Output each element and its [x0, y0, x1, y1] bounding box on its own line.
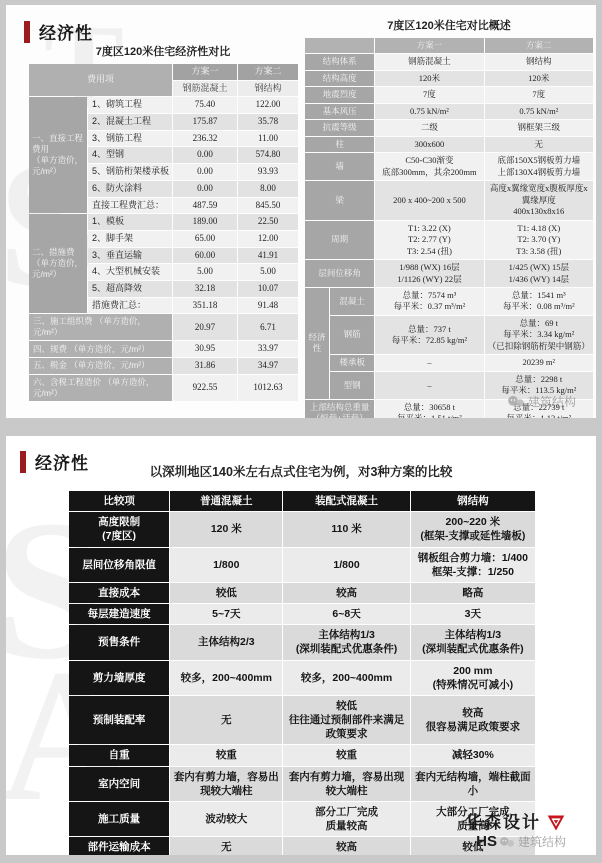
- slide-panel-top: T S 经济性 7度区120米住宅经济性对比 费用项 方案一 方案二 钢筋混凝土…: [6, 5, 596, 418]
- table-row: 梁200 x 400~200 x 500高度x翼缘宽度x腹板厚度x翼缘厚度 40…: [305, 181, 593, 219]
- cell-value: 351.18: [173, 298, 237, 314]
- cell-header: 费用项: [29, 64, 172, 96]
- cell-label: 层间位移角: [305, 260, 374, 287]
- cell-value: 7度: [375, 87, 483, 102]
- cell-value: 略高: [411, 583, 535, 603]
- cell-label: 墙: [305, 153, 374, 180]
- cell-value: 236.32: [173, 131, 237, 147]
- cell-label: 梁: [305, 181, 374, 219]
- slide-subtitle: 以深圳地区140米左右点式住宅为例，对3种方案的比较: [6, 462, 596, 480]
- brand-abbreviation: HS: [476, 833, 497, 851]
- table-row: 每层建造速度5~7天6~8天3天: [69, 604, 535, 624]
- cell-value: 较低 往往通过预制部件来满足 政策要求: [283, 696, 409, 745]
- cell-value: 0.75 kN/m²: [375, 104, 483, 119]
- cell-value: 5.00: [173, 264, 237, 280]
- cell-value: 1/425 (WX) 15层 1/436 (WY) 14层: [485, 260, 593, 287]
- cell-value: 总量：30658 t 每平米：1.51 t/m²: [375, 400, 483, 418]
- cell-value: 部分工厂完成 质量较高: [283, 802, 409, 836]
- cell-value: 较重: [283, 745, 409, 765]
- cell-value: 487.59: [173, 198, 237, 214]
- cell-label: 预制装配率: [69, 696, 169, 745]
- cell-label: 自重: [69, 745, 169, 765]
- cell-value: 较高: [283, 583, 409, 603]
- cost-comparison-table: 费用项 方案一 方案二 钢筋混凝土 钢结构 一、直接工程费用 （单方造价，元/m…: [28, 63, 299, 402]
- cell-label: 2、混凝土工程: [88, 114, 172, 130]
- watermark-text: 建筑结构: [518, 835, 566, 849]
- overview-table-title: 7度区120米住宅对比概述: [304, 17, 594, 33]
- cell-label: 高度限制 (7度区): [69, 512, 169, 546]
- table-row: 楼承板–20239 m²: [305, 355, 593, 370]
- cell-value: 较低: [170, 583, 282, 603]
- table-row: 周期T1: 3.22 (X) T2: 2.77 (Y) T3: 2.54 (扭)…: [305, 221, 593, 259]
- table-row: 钢筋总量：737 t 每平米：72.85 kg/m²总量：69 t 每平米：3.…: [305, 316, 593, 354]
- cost-table-title: 7度区120米住宅经济性对比: [28, 43, 298, 59]
- cell-label: 4、型钢: [88, 147, 172, 163]
- cell-value: 钢板组合剪力墙：1/400 框架-支撑：1/250: [411, 548, 535, 582]
- cell-summary-label: 五、税金 （单方造价，元/m²）: [29, 358, 172, 374]
- brand-name: 华森设计: [465, 813, 541, 833]
- cell-value: 0.00: [173, 181, 237, 197]
- cell-value: 110 米: [283, 512, 409, 546]
- cell-value: 922.55: [173, 375, 237, 401]
- cell-value: 22.50: [238, 214, 298, 230]
- cell-value: 175.87: [173, 114, 237, 130]
- cell-value: 20239 m²: [485, 355, 593, 370]
- cell-value: 1/800: [283, 548, 409, 582]
- cell-value: 33.97: [238, 341, 298, 357]
- cell-header: 方案二: [238, 64, 298, 80]
- cell-value: 10.07: [238, 281, 298, 297]
- cell-subheader: 钢结构: [238, 81, 298, 97]
- cell-value: 较重: [170, 745, 282, 765]
- cell-value: 套内有剪力墙，容易出现较大端柱: [170, 767, 282, 801]
- overview-table: 方案一 方案二 结构体系钢筋混凝土钢结构 结构高度120米120米 地震烈度7度…: [304, 37, 594, 418]
- cell-value: 120 米: [170, 512, 282, 546]
- cell-value: 主体结构1/3 (深圳装配式优惠条件): [411, 625, 535, 659]
- cell-value: 无: [170, 837, 282, 855]
- table-row: 层间位移角限值1/8001/800钢板组合剪力墙：1/400 框架-支撑：1/2…: [69, 548, 535, 582]
- cell-value: 1/988 (WX) 16层 1/1126 (WY) 22层: [375, 260, 483, 287]
- table-row: 基本风压0.75 kN/m²0.75 kN/m²: [305, 104, 593, 119]
- accent-bar-icon: [24, 21, 30, 43]
- cell-label: 结构高度: [305, 71, 374, 86]
- table-row: 比较项 普通混凝土 装配式混凝土 钢结构: [69, 491, 535, 511]
- cell-value: 8.00: [238, 181, 298, 197]
- brand-footer: 华森设计 HS 建筑结构: [465, 813, 566, 851]
- cell-value: 较高: [283, 837, 409, 855]
- cell-value: 无: [170, 696, 282, 745]
- cell-label: 4、大型机械安装: [88, 264, 172, 280]
- cell-label: 钢筋: [330, 316, 374, 354]
- cell-value: 总量：737 t 每平米：72.85 kg/m²: [375, 316, 483, 354]
- cell-header: 方案一: [173, 64, 237, 80]
- cell-label: 直接工程费汇总：: [88, 198, 172, 214]
- cell-label: 柱: [305, 137, 374, 152]
- cell-value: 总量：69 t 每平米：3.34 kg/m² （已扣除钢筋桁架中钢筋）: [485, 316, 593, 354]
- cell-label: 层间位移角限值: [69, 548, 169, 582]
- cell-label: 周期: [305, 221, 374, 259]
- cell-value: 300x600: [375, 137, 483, 152]
- cell-value: 高度x翼缘宽度x腹板厚度x翼缘厚度 400x130x8x16: [485, 181, 593, 219]
- cell-header: 钢结构: [411, 491, 535, 511]
- huasen-logo-icon: [546, 813, 566, 833]
- cell-value: 34.97: [238, 358, 298, 374]
- table-row: 四、规费 （单方造价，元/m²）30.9533.97: [29, 341, 298, 357]
- cell-label: 地震烈度: [305, 87, 374, 102]
- cell-label: 基本风压: [305, 104, 374, 119]
- cell-value: 41.91: [238, 248, 298, 264]
- table-row: 墙C50-C30渐变 底部300mm，其余200mm底部150X5钢板剪力墙 上…: [305, 153, 593, 180]
- cell-summary-label: 四、规费 （单方造价，元/m²）: [29, 341, 172, 357]
- slide-panel-bottom: S A 经济性 以深圳地区140米左右点式住宅为例，对3种方案的比较 比较项 普…: [6, 436, 596, 855]
- section-header: 经济性: [24, 19, 93, 44]
- cell-value: 主体结构1/3 (深圳装配式优惠条件): [283, 625, 409, 659]
- wechat-watermark: 建筑结构: [507, 393, 576, 410]
- cell-value: 60.00: [173, 248, 237, 264]
- table-row: 地震烈度7度7度: [305, 87, 593, 102]
- cell-value: 35.78: [238, 114, 298, 130]
- table-row: 结构高度120米120米: [305, 71, 593, 86]
- cell-label: 3、垂直运输: [88, 248, 172, 264]
- cell-value: 0.75 kN/m²: [485, 104, 593, 119]
- cell-group-label: 二、措施费 （单方造价，元/m²）: [29, 214, 87, 313]
- cell-group-label: 经济性: [305, 288, 329, 399]
- table-row: 三、施工组织费 （单方造价，元/m²）20.976.71: [29, 314, 298, 340]
- cell-label: 混凝土: [330, 288, 374, 315]
- cell-header: 比较项: [69, 491, 169, 511]
- table-row: 结构体系钢筋混凝土钢结构: [305, 54, 593, 69]
- table-row: 费用项 方案一 方案二: [29, 64, 298, 80]
- cell-label: 型钢: [330, 372, 374, 399]
- table-row: 预售条件主体结构2/3主体结构1/3 (深圳装配式优惠条件)主体结构1/3 (深…: [69, 625, 535, 659]
- cell-value: 200~220 米 (框架-支撑或延性墙板): [411, 512, 535, 546]
- cell-header: 方案二: [485, 38, 593, 53]
- cell-label: 预售条件: [69, 625, 169, 659]
- compare-table: 比较项 普通混凝土 装配式混凝土 钢结构 高度限制 (7度区)120 米110 …: [68, 490, 536, 855]
- cell-value: 120米: [485, 71, 593, 86]
- cell-value: 底部150X5钢板剪力墙 上部130X4钢板剪力墙: [485, 153, 593, 180]
- cell-value: 较多，200~400mm: [283, 661, 409, 695]
- cell-label: 1、砌筑工程: [88, 97, 172, 113]
- compare-table-area: 比较项 普通混凝土 装配式混凝土 钢结构 高度限制 (7度区)120 米110 …: [68, 490, 536, 855]
- cell-value: 32.18: [173, 281, 237, 297]
- section-title: 经济性: [39, 19, 93, 44]
- table-row: 直接成本较低较高略高: [69, 583, 535, 603]
- cell-value: 6~8天: [283, 604, 409, 624]
- cell-label: 抗震等级: [305, 120, 374, 135]
- table-row: 室内空间套内有剪力墙，容易出现较大端柱套内有剪力墙，容易出现较大端柱套内无结构墙…: [69, 767, 535, 801]
- table-row: 剪力墙厚度较多，200~400mm较多，200~400mm200 mm (特殊情…: [69, 661, 535, 695]
- cell-value: –: [375, 372, 483, 399]
- cell-value: 减轻30%: [411, 745, 535, 765]
- cell-value: 波动较大: [170, 802, 282, 836]
- cell-value: 5~7天: [170, 604, 282, 624]
- table-row: 高度限制 (7度区)120 米110 米200~220 米 (框架-支撑或延性墙…: [69, 512, 535, 546]
- cell-value: 31.86: [173, 358, 237, 374]
- cell-value: 20.97: [173, 314, 237, 340]
- cell-label: 室内空间: [69, 767, 169, 801]
- cell-value: 200 x 400~200 x 500: [375, 181, 483, 219]
- wechat-icon: [507, 395, 525, 408]
- cell-value: 总量：1541 m³ 每平米：0.08 m³/m²: [485, 288, 593, 315]
- cell-value: 574.80: [238, 147, 298, 163]
- table-row: 经济性 混凝土 总量：7574 m³ 每平米：0.37 m³/m² 总量：154…: [305, 288, 593, 315]
- cell-label: 直接成本: [69, 583, 169, 603]
- cell-value: 钢筋混凝土: [375, 54, 483, 69]
- cell-value: 较高 很容易满足政策要求: [411, 696, 535, 745]
- cell-value: 75.40: [173, 97, 237, 113]
- cell-value: 65.00: [173, 231, 237, 247]
- cell-summary-label: 六、含税工程造价 （单方造价，元/m²）: [29, 375, 172, 401]
- cell-value: 套内无结构墙，端柱截面小: [411, 767, 535, 801]
- cell-label: 每层建造速度: [69, 604, 169, 624]
- cell-value: 91.48: [238, 298, 298, 314]
- cell-value: T1: 4.18 (X) T2: 3.70 (Y) T3: 3.58 (扭): [485, 221, 593, 259]
- wechat-icon: [499, 836, 515, 848]
- cell-value: 二级: [375, 120, 483, 135]
- cell-header: 装配式混凝土: [283, 491, 409, 511]
- cell-value: 0.00: [173, 147, 237, 163]
- cell-label: 楼承板: [330, 355, 374, 370]
- table-row: 抗震等级二级钢框架三级: [305, 120, 593, 135]
- cell-value: 189.00: [173, 214, 237, 230]
- cell-value: 1012.63: [238, 375, 298, 401]
- cell-header: 方案一: [375, 38, 483, 53]
- cell-value: 较多，200~400mm: [170, 661, 282, 695]
- cell-value: 93.93: [238, 164, 298, 180]
- table-row: 五、税金 （单方造价，元/m²）31.8634.97: [29, 358, 298, 374]
- cell-header: 普通混凝土: [170, 491, 282, 511]
- cell-value: 钢框架三级: [485, 120, 593, 135]
- cell-label: 措施费汇总：: [88, 298, 172, 314]
- table-row: 预制装配率无较低 往往通过预制部件来满足 政策要求较高 很容易满足政策要求: [69, 696, 535, 745]
- cell-subheader: 钢筋混凝土: [173, 81, 237, 97]
- cell-label: 5、钢筋桁架楼承板: [88, 164, 172, 180]
- cell-label: 5、超高降效: [88, 281, 172, 297]
- cell-value: 0.00: [173, 164, 237, 180]
- cell-group-label: 一、直接工程费用 （单方造价，元/m²）: [29, 97, 87, 213]
- table-row: 一、直接工程费用 （单方造价，元/m²） 1、砌筑工程 75.40 122.00: [29, 97, 298, 113]
- table-row: 层间位移角1/988 (WX) 16层 1/1126 (WY) 22层1/425…: [305, 260, 593, 287]
- table-row: 六、含税工程造价 （单方造价，元/m²）922.551012.63: [29, 375, 298, 401]
- cell-label: 结构体系: [305, 54, 374, 69]
- wechat-watermark: 建筑结构: [499, 835, 566, 849]
- cell-value: 12.00: [238, 231, 298, 247]
- cell-value: 7度: [485, 87, 593, 102]
- cell-value: 845.50: [238, 198, 298, 214]
- cell-value: 122.00: [238, 97, 298, 113]
- cell-value: –: [375, 355, 483, 370]
- cell-label: 1、模板: [88, 214, 172, 230]
- watermark-text: 建筑结构: [528, 393, 576, 410]
- cell-value: 30.95: [173, 341, 237, 357]
- cell-value: 3天: [411, 604, 535, 624]
- cost-table-area: 7度区120米住宅经济性对比 费用项 方案一 方案二 钢筋混凝土 钢结构 一、直…: [28, 43, 298, 402]
- table-row: 自重较重较重减轻30%: [69, 745, 535, 765]
- cell-label: 部件运输成本: [69, 837, 169, 855]
- cell-header: [305, 38, 374, 53]
- cell-value: T1: 3.22 (X) T2: 2.77 (Y) T3: 2.54 (扭): [375, 221, 483, 259]
- cell-value: 6.71: [238, 314, 298, 340]
- cell-value: 5.00: [238, 264, 298, 280]
- cell-value: 总量：7574 m³ 每平米：0.37 m³/m²: [375, 288, 483, 315]
- cell-label: 剪力墙厚度: [69, 661, 169, 695]
- cell-value: 主体结构2/3: [170, 625, 282, 659]
- cell-label: 3、钢筋工程: [88, 131, 172, 147]
- cell-label: 上部结构总重量 （恒载+活载）: [305, 400, 374, 418]
- cell-summary-label: 三、施工组织费 （单方造价，元/m²）: [29, 314, 172, 340]
- cell-label: 6、防火涂料: [88, 181, 172, 197]
- cell-value: 无: [485, 137, 593, 152]
- overview-table-area: 7度区120米住宅对比概述 方案一 方案二 结构体系钢筋混凝土钢结构 结构高度1…: [304, 17, 594, 418]
- cell-label: 2、脚手架: [88, 231, 172, 247]
- cell-value: 11.00: [238, 131, 298, 147]
- page: T S 经济性 7度区120米住宅经济性对比 费用项 方案一 方案二 钢筋混凝土…: [0, 0, 602, 863]
- cell-value: 200 mm (特殊情况可减小): [411, 661, 535, 695]
- table-row: 柱300x600无: [305, 137, 593, 152]
- table-row: 二、措施费 （单方造价，元/m²） 1、模板 189.00 22.50: [29, 214, 298, 230]
- cell-label: 施工质量: [69, 802, 169, 836]
- table-row: 方案一 方案二: [305, 38, 593, 53]
- cell-value: C50-C30渐变 底部300mm，其余200mm: [375, 153, 483, 180]
- cell-value: 1/800: [170, 548, 282, 582]
- cell-value: 套内有剪力墙，容易出现较大端柱: [283, 767, 409, 801]
- cell-value: 钢结构: [485, 54, 593, 69]
- cell-value: 120米: [375, 71, 483, 86]
